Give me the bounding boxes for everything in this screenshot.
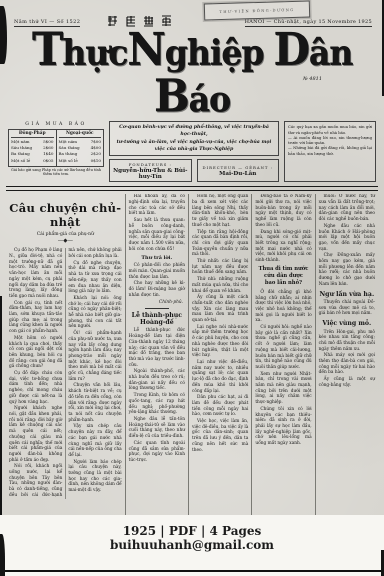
motto-line: Cơ-quan bênh-vực về đường phổ-thông, về … <box>115 124 273 139</box>
article-body-two-columns: Cụ đồ họ Phạm ở làng N., giữa đời-tệ, nh… <box>9 248 122 498</box>
price-value: 0$10 <box>91 158 101 164</box>
paragraph: Nghe đâu lễ tấn-tôn Hoàng-thái-tử sẽ làm… <box>129 417 185 440</box>
paragraph: Ôi! cái phẩm-hạnh của phụ-nữ nước ta, xư… <box>68 331 121 382</box>
scan-bottom-margin: 1925 | PDF | 4 Pages buihuuhanh@gmail.co… <box>0 515 384 576</box>
paragraph: Việc học, việc làm ăn, việc đê-điều, ba … <box>192 419 248 453</box>
paragraph: Hai khoản ấy, đã có nghị-định sửa lại, t… <box>129 194 185 217</box>
price-value: 0$05 <box>43 158 53 164</box>
paragraph: muối: Ở nước này, từ xưa vẫn là đất trồn… <box>319 194 375 223</box>
paragraph: Xem như người Nhật-bản, chỉ trong vài mư… <box>255 372 311 406</box>
paper-area: Năm thứ VI — Số 1522 <box>0 0 384 515</box>
paragraph: Trong Kinh, từ hôm có quốc-tang, các rạp… <box>129 393 185 416</box>
section-header: Việc vùng mỏ. <box>319 320 375 327</box>
paragraph: Khách lại nói: ông chớ lo; cái hay cái d… <box>68 296 121 330</box>
notice-line: — Ai muốn đăng lời rao, xin thương-lượng… <box>288 135 372 146</box>
chinese-character-glyph <box>107 15 118 27</box>
scan-caption-meta: 1925 | PDF | 4 Pages <box>0 524 384 538</box>
paragraph: Nhà máy sợi mới gọi thêm thợ đàn-bà con … <box>319 353 375 376</box>
paragraph: Người làm báo chép lại câu chuyện này, t… <box>68 460 121 494</box>
paragraph: Có người hỏi: nghề nào bây giờ là cần nh… <box>255 325 311 371</box>
header-divider-rule <box>6 186 378 191</box>
price-column-domestic: Đông-Pháp Một năm5$00Sáu tháng2$60Ba thá… <box>9 130 56 166</box>
director-label: DIRECTEUR — GÉRANT : <box>200 165 277 170</box>
paragraph: Ấy cũng là một sự công-bằng vậy. <box>319 377 375 388</box>
section-header-multiline: Thua đi tìm nướccứu dân đượcbao lần nhỏ? <box>255 266 311 287</box>
header-line: bao lần nhỏ? <box>255 280 311 287</box>
paragraph: Lại nghe nói nhà-nước sắp mở thêm trường… <box>192 325 248 359</box>
price-rows: Một năm7$00Sáu tháng4$00Ba tháng2$20Một … <box>59 139 102 164</box>
paragraph: Cụ đồ họ Phạm ở làng N., giữa đời-tệ, nh… <box>9 248 62 299</box>
section-header: Lễ thành-phục Hoàng-đế <box>129 312 185 327</box>
divider-rule <box>145 308 169 309</box>
motto-line: tư-tưởng và ăn-làm, về việc nghĩa-vụ-của… <box>115 139 273 146</box>
founders-label: FONDATEURS : <box>112 162 189 167</box>
scan-artifact <box>0 296 2 515</box>
paragraph: Sau hết là thưa quan: hễ buôn công-danh,… <box>129 218 185 252</box>
paragraph: Một hôm có người khách lạ qua chơi, thấy… <box>9 336 62 370</box>
paragraph: Trên Hòn-gai, phu mỏ kéo nhau xin tăng c… <box>319 330 375 353</box>
paragraph: Lễ thành-phục đức Hoàng-đế làm tại điện … <box>129 328 185 368</box>
ornament-divider: —◆— <box>9 238 122 244</box>
price-column-foreign: Ngoại-quốc Một năm7$00Sáu tháng4$00Ba th… <box>56 130 104 166</box>
notice-line: Các quý bạn xa gần muốn mua báo, xin gửi… <box>288 124 372 135</box>
subscription-price-box: GIÁ MUA BÁO Đông-Pháp Một năm5$00Sáu thá… <box>8 121 104 182</box>
price-row: Một số lẻ0$10 <box>59 158 102 164</box>
price-column-header: Đông-Pháp <box>11 131 54 138</box>
masthead-title: ThựcNghiệpDânBáo <box>0 26 384 119</box>
paragraph: Lại như việc đê-điều, năm nay nước to, n… <box>192 360 248 394</box>
price-term: Một số lẻ <box>11 158 30 164</box>
motto-line: việc của nhà-gia Thực-Nghiệp <box>115 146 273 153</box>
header-band: GIÁ MUA BÁO Đông-Pháp Một năm5$00Sáu thá… <box>0 117 384 185</box>
director-name: Mai-Du-Lân <box>200 171 277 177</box>
director-box: DIRECTEUR — GÉRANT : Mai-Du-Lân <box>197 159 280 182</box>
paragraph: Đang khi sóng-gió mịt-mù, người có chí p… <box>255 230 311 264</box>
masthead-word: Thực <box>32 26 127 73</box>
paper-motto: Cơ-quan bênh-vực về đường phổ-thông, về … <box>109 121 279 156</box>
signature: Chính-phủ. <box>129 300 183 305</box>
issue-mark: № 4811 <box>303 76 322 82</box>
paragraph: Người khách nghe nói, gật đầu khen phải,… <box>9 406 62 463</box>
article-subtitle: Cái phẩm-giá của phụ-nữ <box>9 232 122 237</box>
price-box-title: GIÁ MUA BÁO <box>8 122 104 127</box>
paragraph: Dân phu các hạt, ai đi làm đê đều được p… <box>192 395 248 418</box>
paragraph: Vậy xin chép câu chuyện này ra đây, để c… <box>68 424 121 458</box>
paragraph: Thứ nhất: các làng bị lụt năm nay đều đư… <box>192 259 248 276</box>
paragraph: Các quan tỉnh ngoài cũng đã sắm sửa phẩm… <box>129 441 185 464</box>
paragraph: Tiệp tin rằng hội-đồng các quan đã bàn đ… <box>192 230 248 259</box>
paragraph: Có phản-đối cho phiền mới màn. Quan-giai… <box>129 263 185 280</box>
masthead-word: Báo <box>154 73 230 120</box>
newspaper-scan-page: Năm thứ VI — Số 1522 <box>0 0 384 576</box>
archive-stamp: THƯ-VIỆN ĐÔNG-DƯƠNG <box>204 1 310 21</box>
notice-box: Các quý bạn xa gần muốn mua báo, xin gửi… <box>284 121 376 182</box>
paragraph: Chúng tôi xin có lời khuyên các bạn thiế… <box>255 407 311 447</box>
price-rows: Một năm5$00Sáu tháng2$60Ba tháng1$40Một … <box>11 139 54 164</box>
price-term: Một số lẻ <box>59 158 78 164</box>
paragraph: Đồng-bào ta ở Nam-kỳ mới gửi thư ra, nói… <box>255 194 311 228</box>
price-column-header: Ngoại-quốc <box>59 131 102 138</box>
price-row: Một số lẻ0$05 <box>11 158 54 164</box>
paragraph: Hôm nọ, một ông quan ba đi xem xét việc … <box>192 194 248 228</box>
paragraph: Ngoài thành-phố, các nhà buôn đều treo c… <box>129 369 185 392</box>
price-table: Đông-Pháp Một năm5$00Sáu tháng2$60Ba thá… <box>8 129 104 167</box>
masthead-word: Nghiệp <box>127 26 263 73</box>
paragraph: Chuyện vãn hồi lâu, khách từ-biệt ra về;… <box>68 383 121 423</box>
paragraph: Ấy cũng là một cách chẩn-tuất cho dân ng… <box>192 295 248 324</box>
scan-bottom-rule <box>0 570 384 572</box>
paragraph: Chợ Đồng-xuân mấy hôm nay gạo kém, giá m… <box>319 253 375 287</box>
masthead-word: Dân <box>273 26 352 73</box>
sub-section-header: Thư trả lời. <box>129 255 185 261</box>
founders-name: Nguyễn-hữu-Thu & Bùi-huy-Tín <box>112 168 189 180</box>
founders-box: FONDATEURS : Nguyễn-hữu-Thu & Bùi-huy-Tí… <box>109 159 192 182</box>
paragraph: Thuyền chài ngoài Đồ-sơn vừa được mẻ cá … <box>319 300 375 317</box>
section-header: Ngư lần vừa hạ. <box>319 291 375 298</box>
paragraph: Nghe đâu các nhà buôn Khách ở Hải-phòng … <box>319 224 375 253</box>
paragraph: Ở đời chẳng gì khó bằng chữ nhẫn; ai nhị… <box>255 290 311 324</box>
paragraph: Thứ nhì: những ruộng mất mùa quá nửa, th… <box>192 277 248 294</box>
price-note: Giá báo gửi sang Pháp và các xứ lân-bang… <box>8 168 104 177</box>
header-center-block: Cơ-quan bênh-vực về đường phổ-thông, về … <box>109 121 279 182</box>
staff-boxes: FONDATEURS : Nguyễn-hữu-Thu & Bùi-huy-Tí… <box>109 159 279 182</box>
paragraph: Cụ đồ đáp: cháu còn dại, việc tơ-hồng ch… <box>9 371 62 405</box>
paragraph: Cho hay những kẻ kì-đó lắm! Đi-mặng bao … <box>129 281 185 298</box>
paragraph: Cụ đồ nghe chuyện, thở dài mà rằng: đạo … <box>68 261 121 295</box>
notice-line: — Những bài đã gửi đăng rồi, không giả l… <box>288 145 372 156</box>
paragraph: Con gái cụ, tính nết đằm-thắm, hay lam h… <box>9 301 62 335</box>
scan-caption-email: buihuuhanh@gmail.com <box>0 538 384 552</box>
article-headline: Câu chuyện chủ-nhật <box>9 201 122 229</box>
